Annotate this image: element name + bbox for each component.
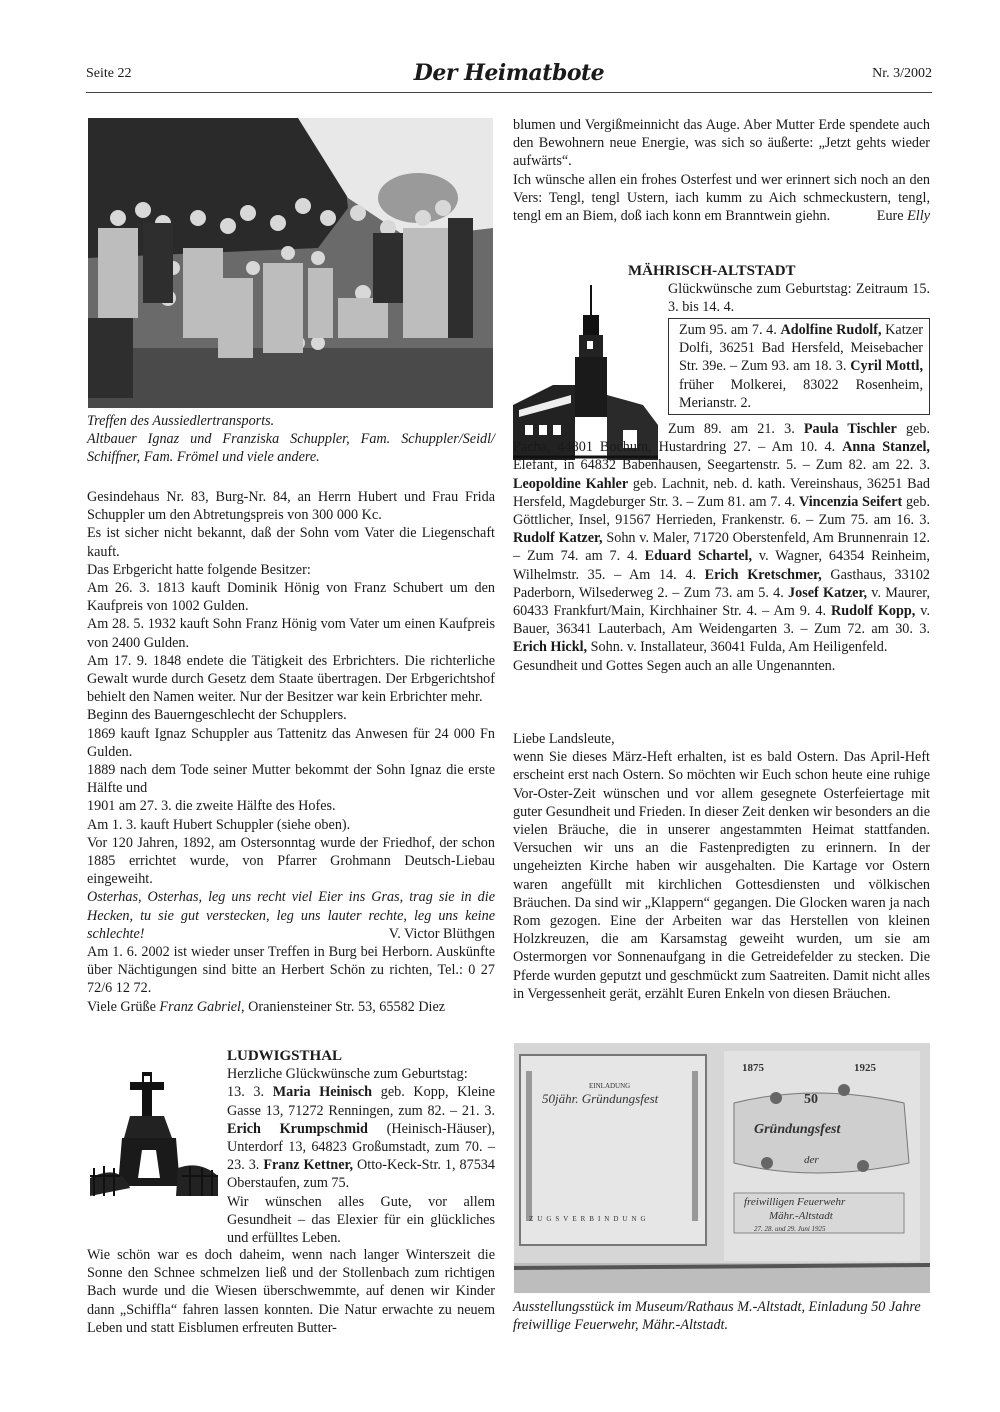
wayside-cross-illustration (90, 1068, 218, 1196)
paragraph: Gesindehaus Nr. 83, Burg-Nr. 84, an Herr… (87, 488, 495, 524)
altstadt-intro: Glückwünsche zum Geburtstag: Zeitraum 15… (668, 280, 930, 316)
svg-text:27. 28. und 29. Juni 1925: 27. 28. und 29. Juni 1925 (754, 1225, 826, 1233)
photo-caption-line1: Treffen des Aussiedlertransports. (87, 412, 495, 430)
left-article: Gesindehaus Nr. 83, Burg-Nr. 84, an Herr… (87, 488, 495, 1016)
letter: Liebe Landsleute, wenn Sie dieses März-H… (513, 730, 930, 1003)
cross-icon (90, 1068, 218, 1196)
group-photo (88, 118, 493, 408)
ludwigsthal-birthdays: 13. 3. Maria Heinisch geb. Kopp, Kleine … (227, 1083, 495, 1192)
page-header: Seite 22 Der Heimatbote Nr. 3/2002 (86, 62, 932, 93)
group-photo-image (88, 118, 493, 408)
exhibit-photo: EINLADUNG 50jähr. Gründungsfest ZUGSVERB… (514, 1043, 930, 1293)
issue-number: Nr. 3/2002 (872, 66, 932, 82)
altstadt-heading-block: MÄHRISCH-ALTSTADT Glückwünsche zum Gebur… (668, 262, 930, 317)
photo-caption-line2: Altbauer Ignaz und Franziska Schuppler, … (87, 430, 495, 466)
easter-verse: Ich wünsche allen ein frohes Osterfest u… (513, 171, 930, 226)
svg-text:EINLADUNG: EINLADUNG (589, 1082, 630, 1090)
altstadt-birthday-list: Zum 89. am 21. 3. Paula Tischler geb. Pa… (513, 420, 930, 675)
svg-text:freiwilligen Feuerwehr: freiwilligen Feuerwehr (744, 1196, 846, 1208)
paragraph: Am 28. 5. 1932 kauft Sohn Franz Hönig vo… (87, 615, 495, 651)
masthead-logo: Der Heimatbote (86, 60, 932, 86)
svg-text:1875: 1875 (742, 1062, 765, 1074)
section-heading: LUDWIGSTHAL (227, 1047, 495, 1065)
paragraph: Am 17. 9. 1848 endete die Tätigkeit des … (87, 652, 495, 707)
easter-poem: Osterhas, Osterhas, leg uns recht viel E… (87, 888, 495, 943)
paragraph: 1889 nach dem Tode seiner Mutter bekommt… (87, 761, 495, 797)
paragraph: Am 26. 3. 1813 kauft Dominik Hönig von F… (87, 579, 495, 615)
svg-text:der: der (804, 1154, 819, 1166)
ludwigsthal-section: LUDWIGSTHAL Herzliche Glückwünsche zum G… (227, 1047, 495, 1247)
paragraph: 1869 kauft Ignaz Schuppler aus Tattenitz… (87, 725, 495, 761)
blessing: Gesundheit und Gottes Segen auch an alle… (513, 657, 930, 675)
svg-text:ZUGSVERBINDUNG: ZUGSVERBINDUNG (529, 1215, 650, 1223)
signoff: Eure Elly (877, 207, 930, 225)
paragraph: Vor 120 Jahren, 1892, am Ostersonntag wu… (87, 834, 495, 889)
svg-text:50: 50 (804, 1092, 818, 1107)
paragraph: Am 1. 3. kauft Hubert Schuppler (siehe o… (87, 816, 495, 834)
paragraph: Beginn des Bauerngeschlecht der Schupple… (87, 706, 495, 724)
right-article-continued: blumen und Vergißmeinnicht das Auge. Abe… (513, 116, 930, 225)
paragraph: Das Erbgericht hatte folgende Besitzer: (87, 561, 495, 579)
greeting: Viele Grüße Franz Gabriel, Oraniensteine… (87, 998, 495, 1016)
ludwigsthal-intro: Herzliche Glückwünsche zum Geburtstag: (227, 1065, 495, 1083)
exhibit-photo-image: EINLADUNG 50jähr. Gründungsfest ZUGSVERB… (514, 1043, 930, 1293)
exhibit-caption: Ausstellungsstück im Museum/Rathaus M.-A… (513, 1298, 930, 1334)
svg-text:Mähr.-Altstadt: Mähr.-Altstadt (768, 1210, 834, 1222)
ludwigsthal-wish: Wir wünschen alles Gute, vor allem Gesun… (227, 1193, 495, 1248)
paragraph: blumen und Vergißmeinnicht das Auge. Abe… (513, 116, 930, 171)
letter-body: wenn Sie dieses März-Heft erhalten, ist … (513, 748, 930, 1003)
highlighted-birthdays-box: Zum 95. am 7. 4. Adolfine Rudolf, Katzer… (668, 318, 930, 415)
photo-caption: Treffen des Aussiedlertransports. Altbau… (87, 412, 495, 467)
section-heading: MÄHRISCH-ALTSTADT (628, 262, 930, 280)
svg-text:Gründungsfest: Gründungsfest (754, 1122, 841, 1137)
svg-text:50jähr. Gründungsfest: 50jähr. Gründungsfest (542, 1091, 659, 1106)
paragraph: Es ist sicher nicht bekannt, daß der Soh… (87, 524, 495, 560)
letter-salutation: Liebe Landsleute, (513, 730, 930, 748)
memory-paragraph: Wie schön war es doch daheim, wenn nach … (87, 1246, 495, 1337)
svg-text:1925: 1925 (854, 1062, 877, 1074)
meeting-notice: Am 1. 6. 2002 ist wieder unser Treffen i… (87, 943, 495, 998)
paragraph: 1901 am 27. 3. die zweite Hälfte des Hof… (87, 797, 495, 815)
poem-author: V. Victor Blüthgen (389, 925, 495, 943)
